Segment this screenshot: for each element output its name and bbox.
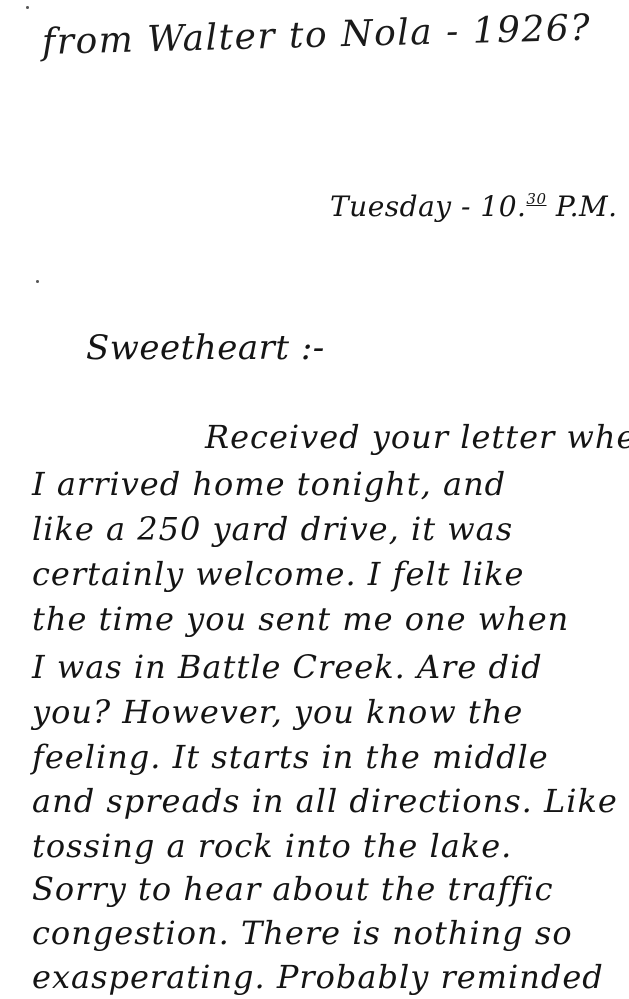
dateline: Tuesday - 10.30 P.M. xyxy=(330,190,618,223)
body-line: you? However, you know the xyxy=(32,693,523,731)
body-line: Sorry to hear about the traffic xyxy=(32,870,554,908)
archival-annotation: from Walter to Nola - 1926? xyxy=(41,8,591,63)
body-line: the time you sent me one when xyxy=(32,600,569,638)
salutation: Sweetheart :- xyxy=(86,328,325,368)
dateline-minutes: 30 xyxy=(526,190,546,208)
body-line: I was in Battle Creek. Are did xyxy=(32,648,543,686)
body-line: exasperating. Probably reminded xyxy=(32,958,604,996)
body-line: Received your letter when xyxy=(205,418,629,456)
body-line: tossing a rock into the lake. xyxy=(32,827,512,865)
body-line: feeling. It starts in the middle xyxy=(32,738,549,776)
body-line: congestion. There is nothing so xyxy=(32,914,573,952)
body-line: certainly welcome. I felt like xyxy=(32,555,524,593)
body-line: I arrived home tonight, and xyxy=(32,465,506,503)
dateline-separator: - xyxy=(461,190,471,223)
dateline-hour: 10. xyxy=(480,190,526,223)
body-line: and spreads in all directions. Like xyxy=(32,782,618,820)
dateline-day: Tuesday xyxy=(330,190,452,223)
letter-page: from Walter to Nola - 1926? Tuesday - 10… xyxy=(0,0,629,999)
paper-speck xyxy=(36,280,39,283)
paper-speck xyxy=(26,6,29,9)
body-line: like a 250 yard drive, it was xyxy=(32,510,513,548)
dateline-meridiem: P.M. xyxy=(556,190,618,223)
